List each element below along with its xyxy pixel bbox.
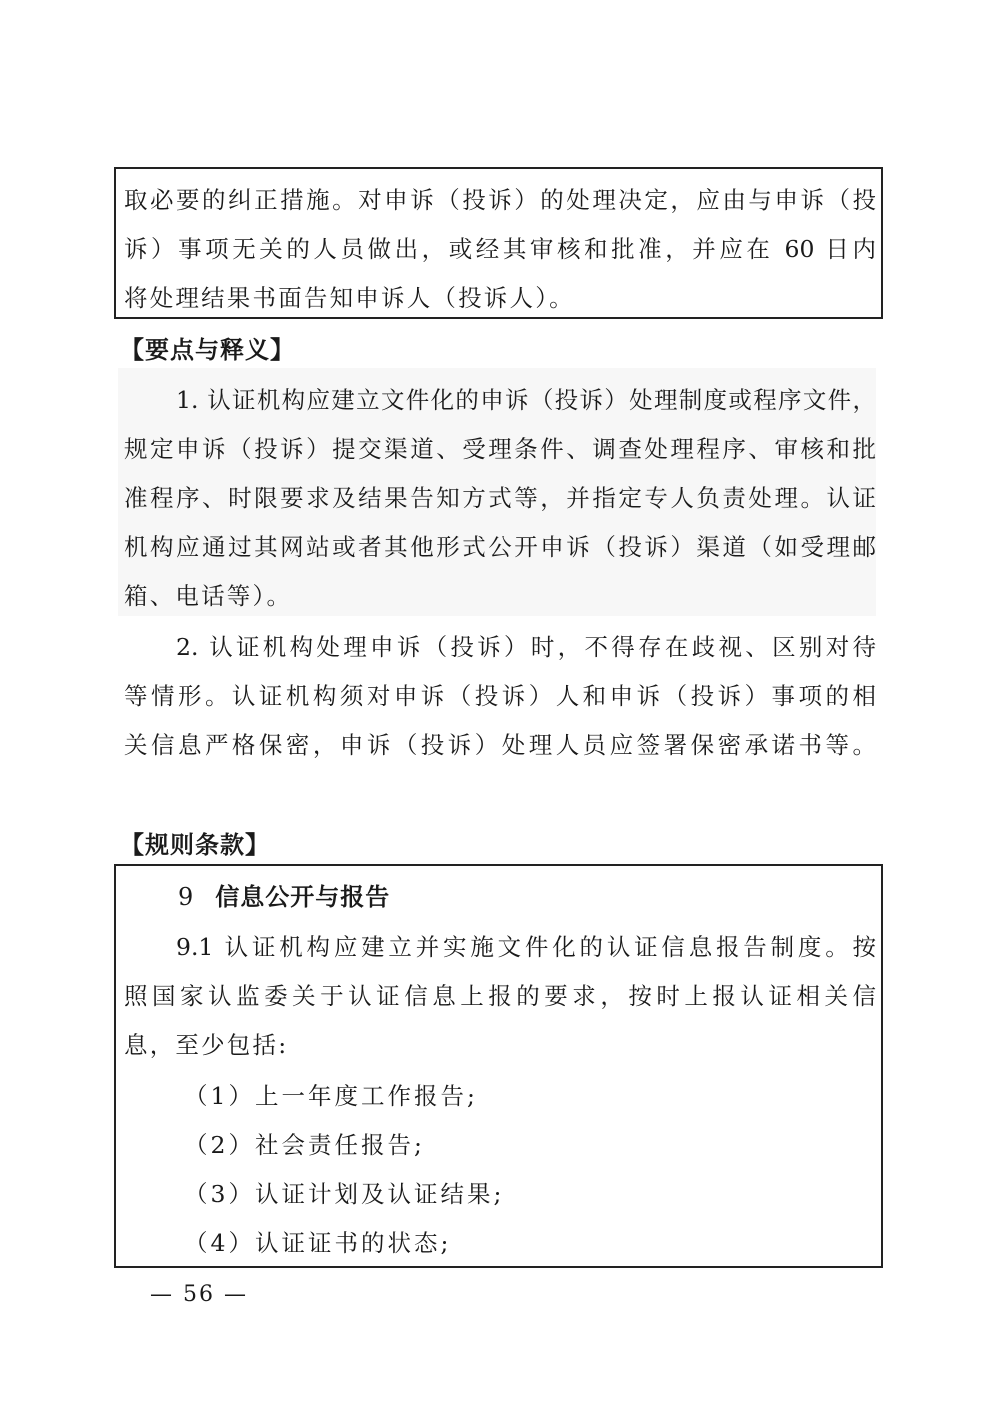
section-heading: 9信息公开与报告 (178, 882, 390, 912)
paragraph-2-line: 等情形。认证机构须对申诉（投诉）人和申诉（投诉）事项的相 (124, 681, 876, 711)
section-title: 信息公开与报告 (215, 883, 390, 911)
clause-line: 9.1 认证机构应建立并实施文件化的认证信息报告制度。按 (176, 932, 876, 962)
rules-heading: 【规则条款】 (120, 830, 270, 860)
clause-list-item: （4）认证证书的状态; (184, 1228, 784, 1258)
paragraph-1-line: 1. 认证机构应建立文件化的申诉（投诉）处理制度或程序文件， (176, 385, 876, 415)
clause-list-item: （1）上一年度工作报告; (184, 1081, 784, 1111)
paragraph-1-line: 规定申诉（投诉）提交渠道、受理条件、调查处理程序、审核和批 (124, 434, 876, 464)
paragraph-2-line: 2. 认证机构处理申诉（投诉）时，不得存在歧视、区别对待 (176, 632, 876, 662)
paragraph-2-line: 关信息严格保密，申诉（投诉）处理人员应签署保密承诺书等。 (124, 730, 876, 760)
paragraph-1-line: 箱、电话等）。 (124, 581, 876, 611)
page-number: — 56 — (150, 1280, 248, 1310)
rule-text-line: 诉）事项无关的人员做出，或经其审核和批准，并应在 60 日内 (124, 234, 876, 264)
document-page: 取必要的纠正措施。对申诉（投诉）的处理决定，应由与申诉（投 诉）事项无关的人员做… (0, 0, 1000, 1414)
section-number: 9 (178, 883, 193, 911)
paragraph-1-line: 准程序、时限要求及结果告知方式等，并指定专人负责处理。认证 (124, 483, 876, 513)
clause-list-item: （3）认证计划及认证结果; (184, 1179, 784, 1209)
key-points-heading: 【要点与释义】 (120, 335, 295, 365)
rule-text-line: 取必要的纠正措施。对申诉（投诉）的处理决定，应由与申诉（投 (124, 185, 876, 215)
clause-list-item: （2）社会责任报告; (184, 1130, 784, 1160)
clause-line: 息，至少包括: (124, 1030, 876, 1060)
paragraph-1-line: 机构应通过其网站或者其他形式公开申诉（投诉）渠道（如受理邮 (124, 532, 876, 562)
rule-text-line: 将处理结果书面告知申诉人（投诉人）。 (124, 283, 876, 313)
clause-line: 照国家认监委关于认证信息上报的要求，按时上报认证相关信 (124, 981, 876, 1011)
